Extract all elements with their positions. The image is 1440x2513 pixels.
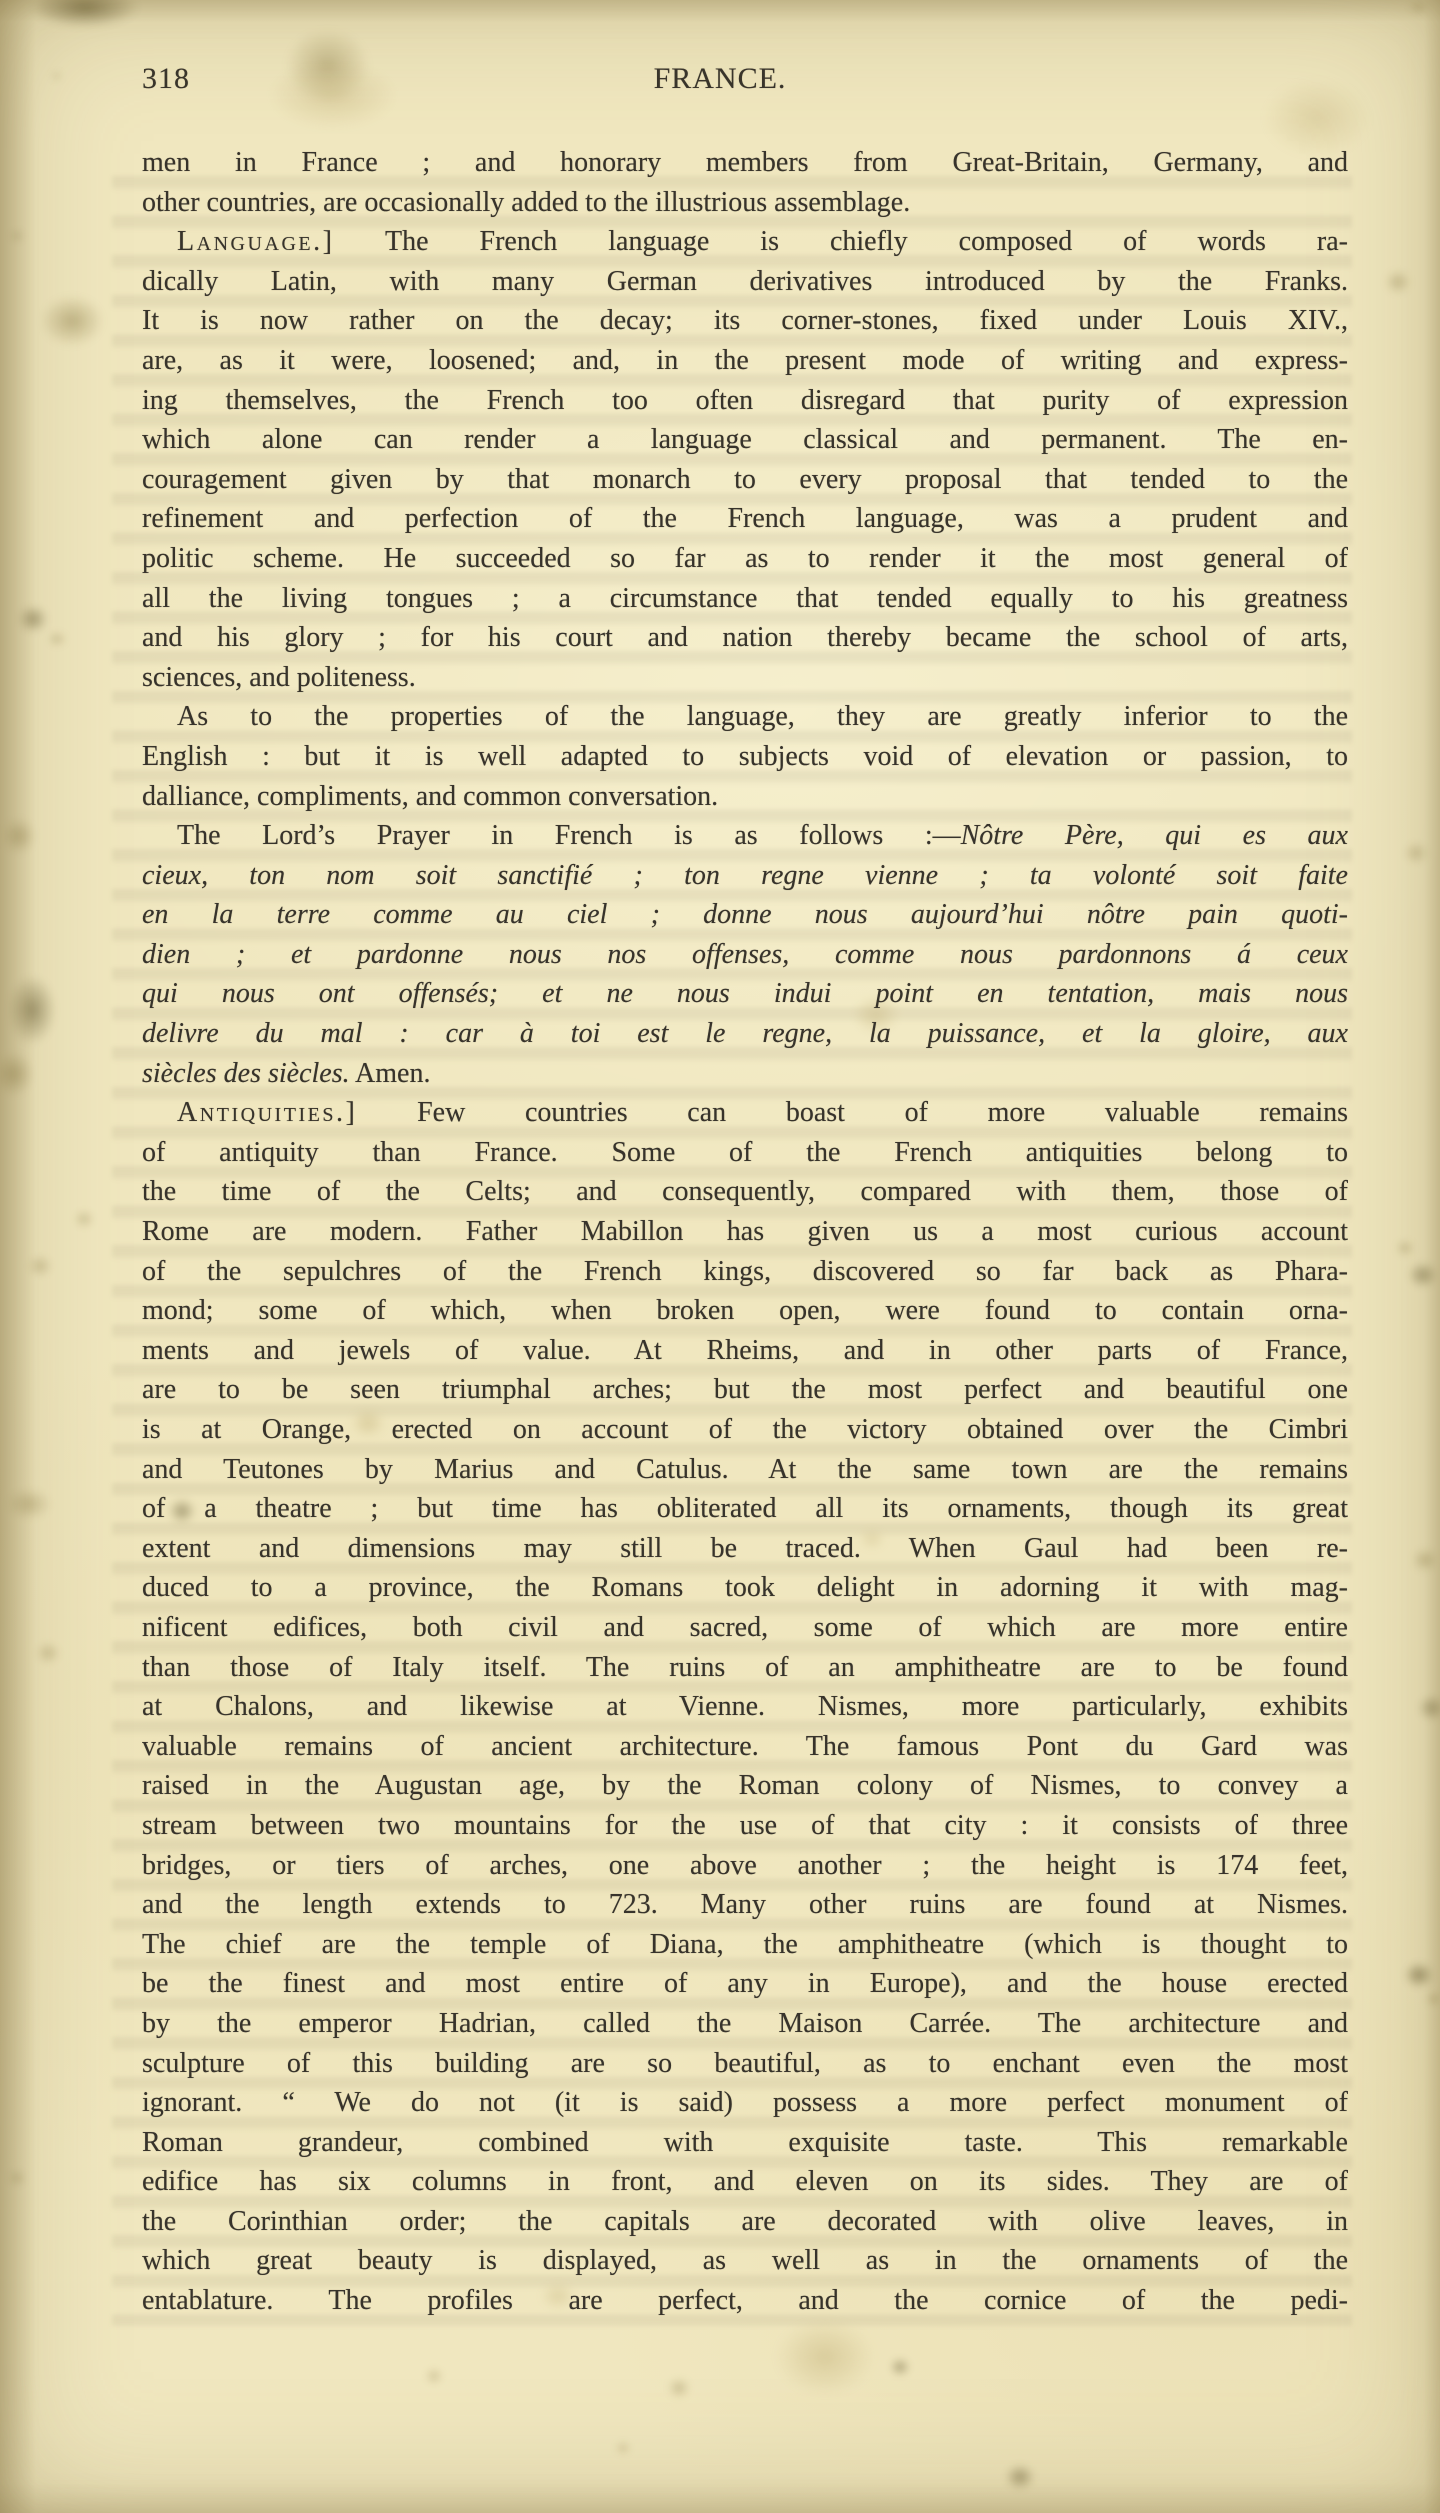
- text-segment: which alone can render a language classi…: [142, 424, 1348, 455]
- text-line: which great beauty is displayed, as well…: [142, 2241, 1348, 2281]
- text-segment: dien ; et pardonne nous nos offenses, co…: [142, 939, 1348, 970]
- stain: [36, 1642, 60, 1664]
- text-line: Antiquities.] Few countries can boast of…: [142, 1093, 1348, 1133]
- text-line: sculpture of this building are so beauti…: [142, 2044, 1348, 2084]
- text-segment: mond; some of which, when broken open, w…: [142, 1295, 1348, 1326]
- text-segment: sculpture of this building are so beauti…: [142, 2048, 1348, 2079]
- stain: [1408, 1262, 1438, 1288]
- stain: [30, 0, 140, 28]
- text-segment: dalliance, compliments, and common conve…: [142, 781, 718, 812]
- book-page: 318 FRANCE. men in France ; and honorary…: [0, 0, 1440, 2513]
- text-segment: siècles des siècles.: [142, 1058, 350, 1089]
- stain: [1005, 2464, 1035, 2490]
- text-segment: The Lord’s Prayer in French is as follow…: [177, 820, 961, 851]
- stain: [18, 605, 48, 633]
- stain: [0, 1052, 34, 1096]
- page-edge-left: [0, 0, 36, 2513]
- text-segment: of a theatre ; but time has obliterated …: [142, 1493, 1348, 1524]
- text-line: entablature. The profiles are perfect, a…: [142, 2281, 1348, 2321]
- text-segment: extent and dimensions may still be trace…: [142, 1533, 1348, 1564]
- text-segment: English : but it is well adapted to subj…: [142, 741, 1348, 772]
- text-segment: than those of Italy itself. The ruins of…: [142, 1652, 1348, 1683]
- text-line: are, as it were, loosened; and, in the p…: [142, 341, 1348, 381]
- text-segment: is at Orange, erected on account of the …: [142, 1414, 1348, 1445]
- text-segment: The chief are the temple of Diana, the a…: [142, 1929, 1348, 1960]
- text-segment: by the emperor Hadrian, called the Maiso…: [142, 2008, 1348, 2039]
- stain: [2, 818, 36, 854]
- page-edge-right: [1424, 0, 1440, 2513]
- text-line: dalliance, compliments, and common conve…: [142, 777, 1348, 817]
- text-line: delivre du mal : car à toi est le regne,…: [142, 1014, 1348, 1054]
- text-segment: are to be seen triumphal arches; but the…: [142, 1374, 1348, 1405]
- paragraph: Language.] The French language is chiefl…: [142, 222, 1348, 697]
- text-segment: nificent edifices, both civil and sacred…: [142, 1612, 1348, 1643]
- text-segment: qui nous ont offensés; et ne nous indui …: [142, 978, 1348, 1009]
- page-edge-top: [0, 0, 1440, 22]
- paragraph: Antiquities.] Few countries can boast of…: [142, 1093, 1348, 2320]
- text-segment: sciences, and politeness.: [142, 662, 416, 693]
- text-segment: The French language is chiefly composed …: [335, 226, 1348, 257]
- text-segment: ments and jewels of value. At Rheims, an…: [142, 1335, 1348, 1366]
- text-segment: Language.]: [177, 226, 335, 257]
- text-segment: and Teutones by Marius and Catulus. At t…: [142, 1454, 1348, 1485]
- text-segment: cieux, ton nom soit sanctifié ; ton regn…: [142, 860, 1348, 891]
- text-segment: As to the properties of the language, th…: [177, 701, 1348, 732]
- stain: [8, 975, 56, 1045]
- text-line: Roman grandeur, combined with exquisite …: [142, 2123, 1348, 2163]
- stain: [1426, 1992, 1440, 2006]
- text-segment: refinement and perfection of the French …: [142, 503, 1348, 534]
- stain: [1404, 1962, 1434, 1988]
- text-segment: men in France ; and honorary members fro…: [142, 147, 1348, 178]
- text-line: Language.] The French language is chiefl…: [142, 222, 1348, 262]
- text-segment: the Corinthian order; the capitals are d…: [142, 2206, 1348, 2237]
- stain: [425, 2368, 443, 2384]
- stain: [6, 1488, 52, 1520]
- text-line: nificent edifices, both civil and sacred…: [142, 1608, 1348, 1648]
- stain: [8, 2170, 26, 2186]
- stain: [1412, 1548, 1438, 1572]
- text-line: of antiquity than France. Some of the Fr…: [142, 1133, 1348, 1173]
- text-line: mond; some of which, when broken open, w…: [142, 1291, 1348, 1331]
- text-line: the Corinthian order; the capitals are d…: [142, 2202, 1348, 2242]
- text-segment: duced to a province, the Romans took del…: [142, 1572, 1348, 1603]
- running-head: FRANCE.: [0, 62, 1440, 96]
- text-line: Rome are modern. Father Mabillon has giv…: [142, 1212, 1348, 1252]
- text-line: politic scheme. He succeeded so far as t…: [142, 539, 1348, 579]
- text-segment: ignorant. “ We do not (it is said) posse…: [142, 2087, 1348, 2118]
- text-segment: the time of the Celts; and consequently,…: [142, 1176, 1348, 1207]
- text-line: the time of the Celts; and consequently,…: [142, 1172, 1348, 1212]
- text-segment: Amen.: [350, 1058, 431, 1089]
- stain: [1396, 1240, 1414, 1256]
- text-line: is at Orange, erected on account of the …: [142, 1410, 1348, 1450]
- text-line: by the emperor Hadrian, called the Maiso…: [142, 2004, 1348, 2044]
- text-segment: Nôtre Père, qui es aux: [961, 820, 1348, 851]
- stain: [74, 1210, 94, 1228]
- text-segment: be the finest and most entire of any in …: [142, 1968, 1348, 1999]
- text-segment: of the sepulchres of the French kings, d…: [142, 1256, 1348, 1287]
- stain: [1385, 270, 1411, 294]
- text-line: of a theatre ; but time has obliterated …: [142, 1489, 1348, 1529]
- text-line: The Lord’s Prayer in French is as follow…: [142, 816, 1348, 856]
- text-line: all the living tongues ; a circumstance …: [142, 579, 1348, 619]
- text-line: It is now rather on the decay; its corne…: [142, 301, 1348, 341]
- text-segment: politic scheme. He succeeded so far as t…: [142, 543, 1348, 574]
- text-line: dien ; et pardonne nous nos offenses, co…: [142, 935, 1348, 975]
- text-line: duced to a province, the Romans took del…: [142, 1568, 1348, 1608]
- text-line: are to be seen triumphal arches; but the…: [142, 1370, 1348, 1410]
- text-line: en la terre comme au ciel ; donne nous a…: [142, 895, 1348, 935]
- stain: [28, 1255, 52, 1277]
- text-line: English : but it is well adapted to subj…: [142, 737, 1348, 777]
- text-segment: en la terre comme au ciel ; donne nous a…: [142, 899, 1348, 930]
- text-line: ing themselves, the French too often dis…: [142, 381, 1348, 421]
- stain: [10, 230, 24, 242]
- page-edge-bottom: [0, 2483, 1440, 2513]
- text-line: couragement given by that monarch to eve…: [142, 460, 1348, 500]
- text-line: As to the properties of the language, th…: [142, 697, 1348, 737]
- paragraph: men in France ; and honorary members fro…: [142, 143, 1348, 222]
- text-line: raised in the Augustan age, by the Roman…: [142, 1766, 1348, 1806]
- text-line: extent and dimensions may still be trace…: [142, 1529, 1348, 1569]
- text-line: which alone can render a language classi…: [142, 420, 1348, 460]
- stain: [890, 2358, 910, 2376]
- stain: [40, 295, 104, 347]
- text-line: and Teutones by Marius and Catulus. At t…: [142, 1450, 1348, 1490]
- text-line: siècles des siècles. Amen.: [142, 1054, 1348, 1094]
- text-segment: all the living tongues ; a circumstance …: [142, 583, 1348, 614]
- text-line: The chief are the temple of Diana, the a…: [142, 1925, 1348, 1965]
- text-line: other countries, are occasionally added …: [142, 183, 1348, 223]
- stain: [1408, 0, 1430, 14]
- text-line: refinement and perfection of the French …: [142, 499, 1348, 539]
- text-segment: and his glory ; for his court and nation…: [142, 622, 1348, 653]
- text-line: cieux, ton nom soit sanctifié ; ton regn…: [142, 856, 1348, 896]
- text-segment: It is now rather on the decay; its corne…: [142, 305, 1348, 336]
- text-line: than those of Italy itself. The ruins of…: [142, 1648, 1348, 1688]
- text-segment: Roman grandeur, combined with exquisite …: [142, 2127, 1348, 2158]
- text-segment: are, as it were, loosened; and, in the p…: [142, 345, 1348, 376]
- text-segment: and the length extends to 723. Many othe…: [142, 1889, 1348, 1920]
- text-line: bridges, or tiers of arches, one above a…: [142, 1846, 1348, 1886]
- text-line: of the sepulchres of the French kings, d…: [142, 1252, 1348, 1292]
- stain: [668, 2378, 690, 2398]
- text-line: dically Latin, with many German derivati…: [142, 262, 1348, 302]
- text-segment: couragement given by that monarch to eve…: [142, 464, 1348, 495]
- text-line: stream between two mountains for the use…: [142, 1806, 1348, 1846]
- text-segment: stream between two mountains for the use…: [142, 1810, 1348, 1841]
- text-line: ignorant. “ We do not (it is said) posse…: [142, 2083, 1348, 2123]
- text-line: edifice has six columns in front, and el…: [142, 2162, 1348, 2202]
- stain: [775, 2318, 875, 2396]
- text-segment: raised in the Augustan age, by the Roman…: [142, 1770, 1348, 1801]
- text-line: qui nous ont offensés; et ne nous indui …: [142, 974, 1348, 1014]
- text-segment: ing themselves, the French too often dis…: [142, 385, 1348, 416]
- text-segment: at Chalons, and likewise at Vienne. Nism…: [142, 1691, 1348, 1722]
- text-line: and the length extends to 723. Many othe…: [142, 1885, 1348, 1925]
- text-segment: valuable remains of ancient architecture…: [142, 1731, 1348, 1762]
- stain: [616, 2442, 630, 2454]
- text-line: ments and jewels of value. At Rheims, an…: [142, 1331, 1348, 1371]
- text-segment: of antiquity than France. Some of the Fr…: [142, 1137, 1348, 1168]
- text-segment: entablature. The profiles are perfect, a…: [142, 2285, 1348, 2316]
- stain: [48, 632, 66, 646]
- text-segment: Few countries can boast of more valuable…: [357, 1097, 1348, 1128]
- text-segment: bridges, or tiers of arches, one above a…: [142, 1850, 1348, 1881]
- text-segment: delivre du mal : car à toi est le regne,…: [142, 1018, 1348, 1049]
- text-line: men in France ; and honorary members fro…: [142, 143, 1348, 183]
- text-line: sciences, and politeness.: [142, 658, 1348, 698]
- stain: [1404, 842, 1428, 864]
- text-segment: dically Latin, with many German derivati…: [142, 266, 1348, 297]
- text-segment: Rome are modern. Father Mabillon has giv…: [142, 1216, 1348, 1247]
- page-text: men in France ; and honorary members fro…: [142, 143, 1348, 2321]
- paragraph: As to the properties of the language, th…: [142, 697, 1348, 816]
- text-segment: Antiquities.]: [177, 1097, 357, 1128]
- text-line: at Chalons, and likewise at Vienne. Nism…: [142, 1687, 1348, 1727]
- paragraph: The Lord’s Prayer in French is as follow…: [142, 816, 1348, 1093]
- text-segment: edifice has six columns in front, and el…: [142, 2166, 1348, 2197]
- text-segment: other countries, are occasionally added …: [142, 187, 910, 218]
- text-line: and his glory ; for his court and nation…: [142, 618, 1348, 658]
- text-line: valuable remains of ancient architecture…: [142, 1727, 1348, 1767]
- text-segment: which great beauty is displayed, as well…: [142, 2245, 1348, 2276]
- stain: [1418, 1695, 1440, 1721]
- text-line: be the finest and most entire of any in …: [142, 1964, 1348, 2004]
